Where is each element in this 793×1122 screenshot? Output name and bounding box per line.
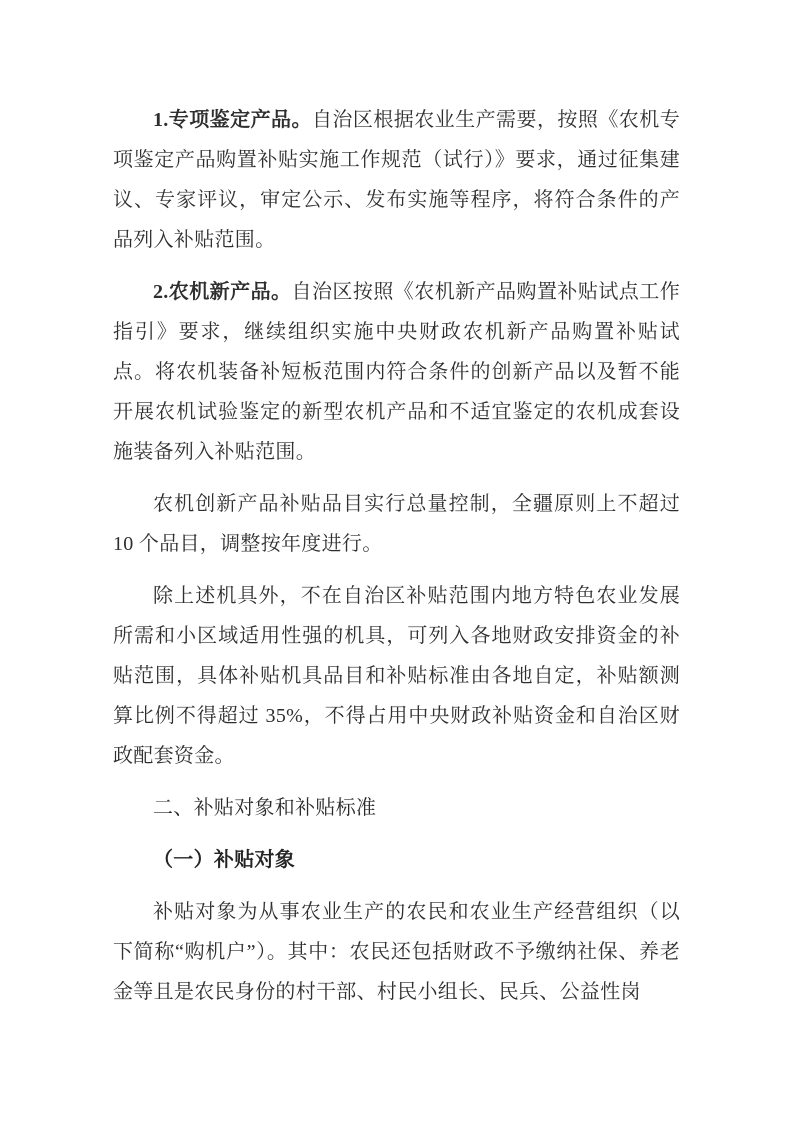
paragraph-body-text: 自治区按照《农机新产品购置补贴试点工作指引》要求，继续组织实施中央财政农机新产品… xyxy=(113,281,680,463)
paragraph-special-appraisal-products: 1.专项鉴定产品。自治区根据农业生产需要，按照《农机专项鉴定产品购置补贴实施工作… xyxy=(113,100,680,260)
paragraph-new-farm-machinery-products: 2.农机新产品。自治区按照《农机新产品购置补贴试点工作指引》要求，继续组织实施中… xyxy=(113,272,680,472)
paragraph-bold-lead: 2.农机新产品。 xyxy=(153,281,292,303)
paragraph-local-subsidy-scope: 除上述机具外，不在自治区补贴范围内地方特色农业发展所需和小区域适用性强的机具，可… xyxy=(113,576,680,776)
paragraph-body-text: 农机创新产品补贴品目实行总量控制，全疆原则上不超过10 个品目，调整按年度进行。 xyxy=(113,493,680,555)
document-content: 1.专项鉴定产品。自治区根据农业生产需要，按照《农机专项鉴定产品购置补贴实施工作… xyxy=(113,100,680,1024)
subsection-heading-subsidy-targets: （一）补贴对象 xyxy=(113,840,680,880)
paragraph-subsidy-target-definition: 补贴对象为从事农业生产的农民和农业生产经营组织（以下简称“购机户”）。其中：农民… xyxy=(113,892,680,1012)
paragraph-bold-lead: 1.专项鉴定产品。 xyxy=(153,109,312,131)
paragraph-body-text: 除上述机具外，不在自治区补贴范围内地方特色农业发展所需和小区域适用性强的机具，可… xyxy=(113,585,680,767)
paragraph-body-text: 补贴对象为从事农业生产的农民和农业生产经营组织（以下简称“购机户”）。其中：农民… xyxy=(113,901,680,1003)
paragraph-innovation-product-quota: 农机创新产品补贴品目实行总量控制，全疆原则上不超过10 个品目，调整按年度进行。 xyxy=(113,484,680,564)
document-page: 1.专项鉴定产品。自治区根据农业生产需要，按照《农机专项鉴定产品购置补贴实施工作… xyxy=(0,0,793,1122)
section-heading-subsidy-targets-and-standards: 二、补贴对象和补贴标准 xyxy=(113,788,680,828)
